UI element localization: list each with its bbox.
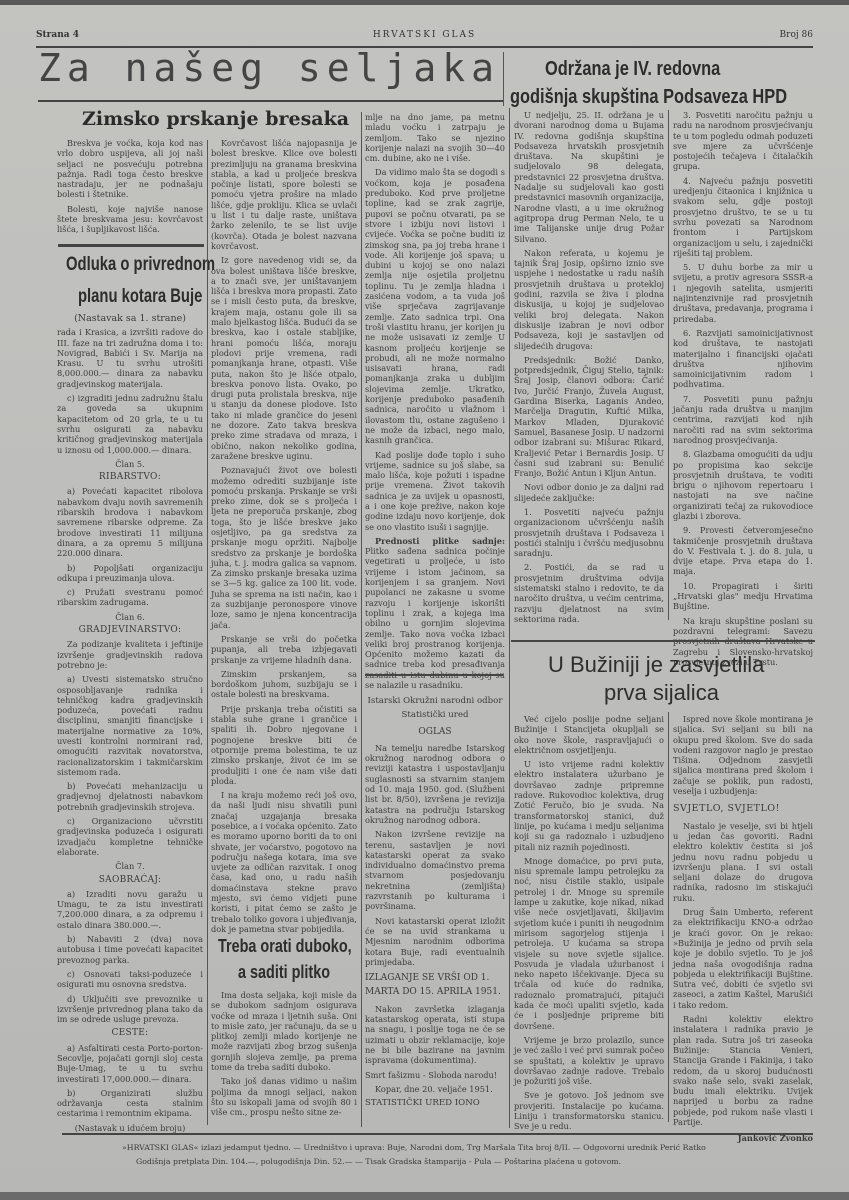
headline-buzinija-line2: prva sijalica <box>604 680 719 706</box>
buzinija-paragraph: Drug Šain Umberto, referent za elektrifi… <box>673 907 813 1010</box>
buzinija-paragraph: U isto vrijeme radni kolektiv elektro in… <box>514 759 664 852</box>
odrzana-column-2: 3. Posvetiti naročitu pažnju u radu na n… <box>673 110 813 671</box>
ceste-item: a) Asfaltirati cesta Porto-porton-Secovl… <box>57 1043 203 1084</box>
masthead-divider <box>503 52 504 106</box>
notice-caps-1: IZLAGANJE SE VRŠI OD 1. <box>365 973 505 983</box>
running-header: Strana 4 HRVATSKI GLAS Broj 86 <box>36 30 813 46</box>
zimsko-paragraph: Prije prskanja treba očistiti sa stabla … <box>211 704 357 786</box>
treba-paragraph: Ima dosta seljaka, koji misle da se dubo… <box>211 990 357 1072</box>
odrzana-paragraph: 10. Propagirati i širiti „Hrvatski glas"… <box>673 581 813 612</box>
clan6-item: Za podizanje kvaliteta i jeftinije izvrš… <box>57 639 203 670</box>
buzinija-paragraph: Mnoge domaćice, po prvi puta, nisu sprem… <box>514 856 664 1031</box>
odrzana-paragraph: 5. U duhu borbe za mir u svijetu, a prot… <box>673 262 813 324</box>
section-title: Za našeg seljaka <box>38 46 313 90</box>
treba-column-1: Ima dosta seljaka, koji misle da se dubo… <box>211 990 357 1122</box>
treba-paragraph: Kad poslije dođe toplo i suho vrijeme, s… <box>365 450 505 532</box>
odrzana-paragraph: 7. Posvetiti punu pažnju jačanju rada dr… <box>673 394 813 445</box>
clan6-heading: GRADJEVINARSTVO: <box>57 625 203 635</box>
footer-rule <box>62 1133 813 1135</box>
treba-paragraph: Prednosti plitke sadnje: Plitko sađena s… <box>365 536 505 690</box>
zimsko-paragraph: Breskva je voćka, koja kod nas vrlo dobr… <box>57 138 203 200</box>
headline-treba-line2: a saditi plitko <box>238 962 330 983</box>
buzinija-exclaim: SVJETLO, SVJETLO! <box>673 804 813 814</box>
buzinija-paragraph: Ispred nove škole montirana je sijalica.… <box>673 714 813 796</box>
scan-edge-bottom <box>0 1192 849 1200</box>
clan5-label: Član 5. <box>57 459 203 469</box>
notice-signature: STATISTIČKI URED IONO <box>365 1098 505 1108</box>
headline-treba-line1: Treba orati duboko, <box>218 936 352 957</box>
clan7-item: c) Osnovati taksi-poduzeće i osigurati m… <box>57 969 203 990</box>
zimsko-paragraph: I na kraju možemo reći još ovo, da naši … <box>211 790 357 934</box>
notice-paragraph: Novi katastarski operat izložit će se na… <box>365 916 505 967</box>
buzinija-paragraph: Nastalo je veselje, svi bi htjeli u jeda… <box>673 821 813 903</box>
buzinija-top-rule <box>511 640 815 642</box>
newspaper-title: HRVATSKI GLAS <box>36 30 813 40</box>
notice-heading: OGLAS <box>365 727 505 737</box>
headline-odluka-line1: Odluka o privrednom <box>66 254 215 276</box>
treba-paragraph: mlje na dno jame, pa metnu mladu voćku i… <box>365 112 505 163</box>
newspaper-page: Strana 4 HRVATSKI GLAS Broj 86 Za našeg … <box>0 0 849 1200</box>
clan7-item: b) Nabaviti 2 (dva) nova autobusa i time… <box>57 934 203 965</box>
odrzana-paragraph: Nakon referata, u kojemu je tajnik Šraj … <box>514 248 664 351</box>
continued-note: (Nastavak u idućem broju) <box>57 1123 203 1133</box>
clan5-item: b) Popoljšati organizaciju odkupa i preu… <box>57 563 203 584</box>
headline-zimsko: Zimsko prskanje bresaka <box>82 108 349 130</box>
notice-caps-2: MARTA DO 15. APRILA 1951. <box>365 987 505 997</box>
notice-issuer: Istarski Okružni narodni odbor <box>365 696 505 706</box>
notice-paragraph: Na temelju naredbe Istarskog okružnog na… <box>365 743 505 825</box>
headline-odrzana-line1: Održana je IV. redovna <box>545 58 720 81</box>
headline-odluka-line2: planu kotara Buje <box>78 286 202 308</box>
notice-place-date: Kopar, dne 20. veljače 1951. <box>365 1084 505 1094</box>
buzinija-paragraph: Vrijeme je brzo prolazilo, sunce je već … <box>514 1035 664 1086</box>
clan7-heading: SAOBRAĆAJ: <box>57 875 203 885</box>
notice-department: Statistički ured <box>365 710 505 720</box>
clan6-item: a) Uvesti sistematsko stručno osposoblja… <box>57 674 203 777</box>
headline-odrzana-line2: godišnja skupština Podsaveza HPD <box>510 86 787 109</box>
ceste-heading: CESTE: <box>57 1028 203 1038</box>
odrzana-paragraph: 9. Provesti četveromjesečno takmičenje p… <box>673 525 813 576</box>
odluka-subtitle: (Nastavak sa 1. strane) <box>57 314 203 324</box>
clan6-item: c) Organizaciono učvrstiti gradjevinska … <box>57 816 203 857</box>
odrzana-paragraph: U nedjelju, 25. II. održana je u dvorani… <box>514 110 664 244</box>
zimsko-paragraph: Prskanje se vrši do početka pupanja, ali… <box>211 634 357 665</box>
odluka-paragraph: c) izgraditi jednu zadružnu štalu za gov… <box>57 393 203 455</box>
odrzana-paragraph: Novi odbor donio je za daljni rad slijed… <box>514 482 664 503</box>
odrzana-paragraph: Predsjednik: Božić Danko, potpredsjednik… <box>514 355 664 479</box>
treba-column-2: mlje na dno jame, pa metnu mladu voćku i… <box>365 112 505 694</box>
column-divider-4 <box>668 110 669 620</box>
issue-number: Broj 86 <box>780 30 813 40</box>
scan-edge-top <box>0 0 849 5</box>
bold-lead: Prednosti plitke sadnje: <box>375 536 505 546</box>
clan5-item: c) Pružati svestranu pomoć ribarskim zad… <box>57 587 203 608</box>
ceste-item: b) Organizirati službu održavanja cesta … <box>57 1088 203 1119</box>
treba-end-rule <box>365 674 503 676</box>
odrzana-paragraph: 1. Posvetiti najveću pažnju organizacion… <box>514 507 664 558</box>
column-divider-5 <box>668 712 669 1122</box>
footer-imprint-line2: Godišnja pretplata Din. 104.—, polugodiš… <box>136 1157 789 1166</box>
zimsko-paragraph: Iz gore navedenog vidi se, da ova bolest… <box>211 255 357 461</box>
column-divider-1 <box>207 140 208 1125</box>
treba-text: Plitko sađena sadnica počinje vegetirati… <box>365 546 505 690</box>
notice-oglas: Istarski Okružni narodni odbor Statistič… <box>365 692 505 1112</box>
notice-paragraph: Nakon izvršene revizije na terenu, sasta… <box>365 829 505 911</box>
footer-imprint-line1: »HRVATSKI GLAS« izlazi jedamput tjedno. … <box>122 1143 789 1152</box>
odluka-paragraph: rada i Krasica, a izvršiti radove do III… <box>57 327 203 389</box>
odrzana-paragraph: 6. Razvijati samoinicijativnost kod druš… <box>673 328 813 390</box>
zimsko-column-2: Kovrčavost lišća najopasnija je bolest b… <box>211 138 357 938</box>
odrzana-paragraph: 3. Posvetiti naročitu pažnju u radu na n… <box>673 110 813 172</box>
odrzana-paragraph: 4. Najveću pažnju posvetiti uredjenju či… <box>673 176 813 258</box>
clan7-label: Član 7. <box>57 861 203 871</box>
zimsko-end-rule <box>58 244 204 247</box>
clan7-item: d) Uključiti sve prevoznike u izvršenje … <box>57 994 203 1025</box>
zimsko-column-1: Breskva je voćka, koja kod nas vrlo dobr… <box>57 138 203 239</box>
buzinija-paragraph: Sve je gotovo. Još jednom sve provjeriti… <box>514 1090 664 1131</box>
odluka-column: (Nastavak sa 1. strane) rada i Krasica, … <box>57 312 203 1136</box>
column-divider-3 <box>509 108 510 1128</box>
buzinija-paragraph: Radni kolektiv elektro instalatera i rad… <box>673 1014 813 1127</box>
zimsko-paragraph: Zimskim prskanjem, sa bordoškom juhom, s… <box>211 669 357 700</box>
clan6-label: Član 6. <box>57 612 203 622</box>
buzinija-column-2: Ispred nove škole montirana je sijalica.… <box>673 714 813 1148</box>
zimsko-paragraph: Kovrčavost lišća najopasnija je bolest b… <box>211 138 357 251</box>
odrzana-paragraph: 8. Glazbama omogućiti da udju po propisi… <box>673 449 813 521</box>
zimsko-paragraph: Bolesti, koje najviše nanose štete bresk… <box>57 204 203 235</box>
buzinija-column-1: Već cijelo poslije podne seljani Bužinij… <box>514 714 664 1136</box>
headline-buzinija-line1: U Bužiniji je zasvjetlila <box>548 652 764 678</box>
odrzana-paragraph: 2. Postići, da se rad u prosvjetnim druš… <box>514 562 664 624</box>
buzinija-paragraph: Već cijelo poslije podne seljani Bužinij… <box>514 714 664 755</box>
clan7-item: a) Izraditi novu garažu u Umagu, te za i… <box>57 889 203 930</box>
masthead-rule <box>38 100 503 102</box>
zimsko-paragraph: Poznavajući život ove bolesti možemo odr… <box>211 465 357 630</box>
notice-slogan: Smrt fašizmu - Sloboda narodu! <box>365 1070 505 1080</box>
clan5-item: a) Povećati kapacitet ribolova nabavkom … <box>57 486 203 558</box>
clan6-item: b) Povećati mehanizaciju u gradjevnoj dj… <box>57 781 203 812</box>
odrzana-column-1: U nedjelju, 25. II. održana je u dvorani… <box>514 110 664 628</box>
clan5-heading: RIBARSTVO: <box>57 472 203 482</box>
column-divider-2 <box>361 112 362 1127</box>
treba-paragraph: Da vidimo malo šta se dogodi s voćkom, k… <box>365 167 505 445</box>
treba-paragraph: Tako još danas vidimo u našim poljima da… <box>211 1076 357 1117</box>
notice-paragraph: Nakon završetka izlaganja katastarskog o… <box>365 1004 505 1066</box>
